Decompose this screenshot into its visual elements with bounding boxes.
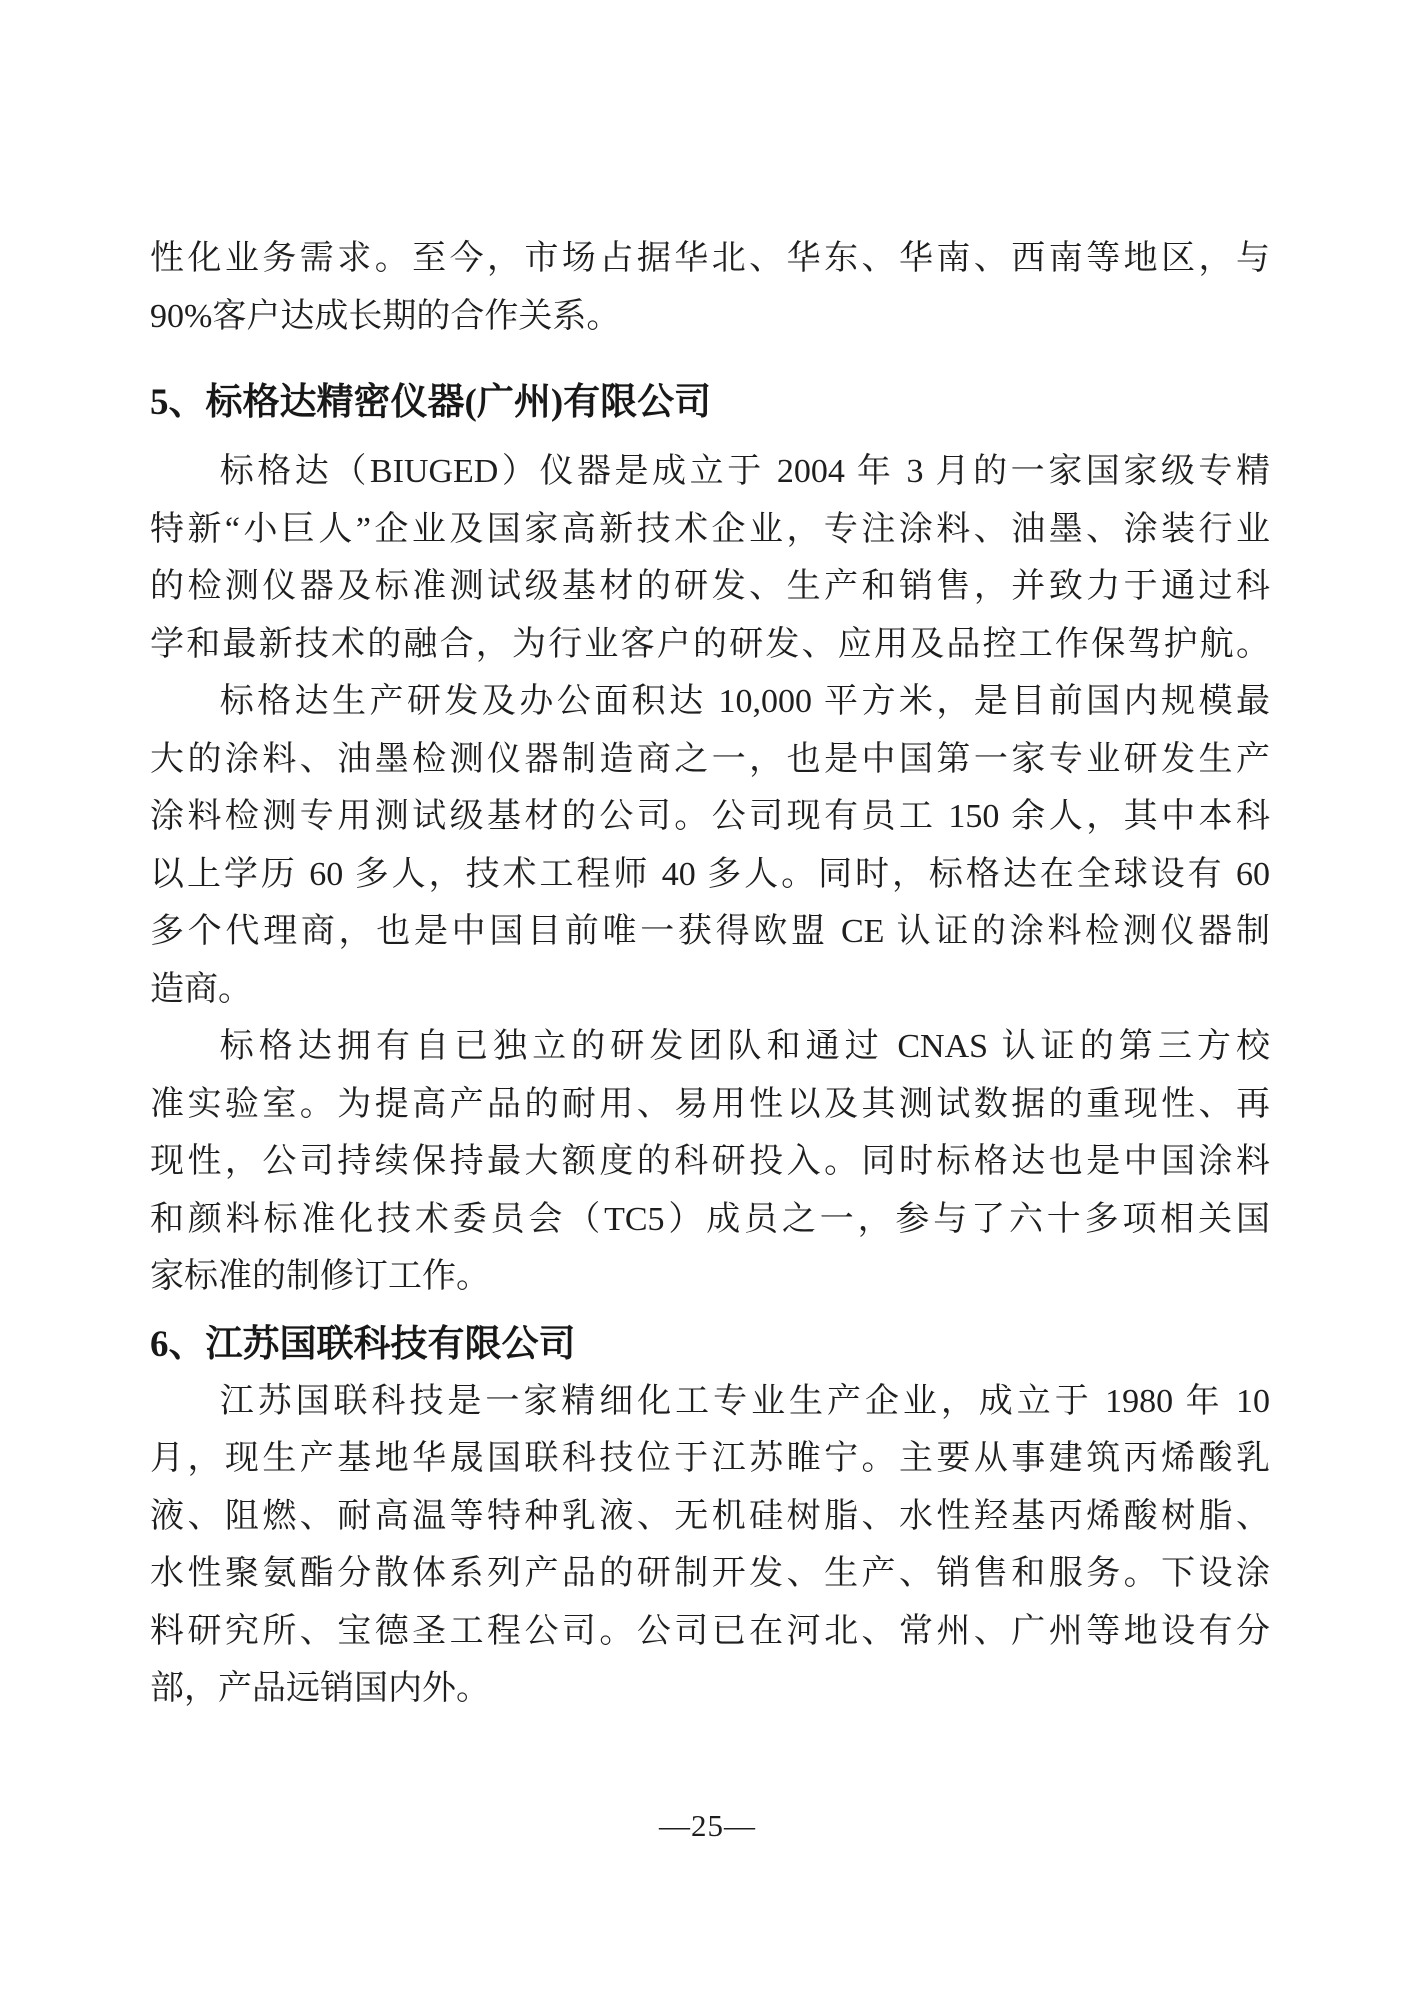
body-line: 部，产品远销国内外。 [150,1660,1270,1718]
body-line: 现性，公司持续保持最大额度的科研投入。同时标格达也是中国涂料 [150,1133,1270,1191]
body-line: 的检测仪器及标准测试级基材的研发、生产和销售，并致力于通过科 [150,558,1270,616]
body-line: 水性聚氨酯分散体系列产品的研制开发、生产、销售和服务。下设涂 [150,1545,1270,1603]
intro-paragraph: 性化业务需求。至今，市场占据华北、华东、华南、西南等地区，与 90%客户达成长期… [150,230,1270,345]
body-line: 多个代理商，也是中国目前唯一获得欧盟 CE 认证的涂料检测仪器制 [150,903,1270,961]
body-line: 标格达（BIUGED）仪器是成立于 2004 年 3 月的一家国家级专精 [150,443,1270,501]
section-5-paragraph-2: 标格达生产研发及办公面积达 10,000 平方米，是目前国内规模最 大的涂料、油… [150,673,1270,1018]
section-6-paragraph-1: 江苏国联科技是一家精细化工专业生产企业，成立于 1980 年 10 月，现生产基… [150,1373,1270,1718]
body-line: 特新“小巨人”企业及国家高新技术企业，专注涂料、油墨、涂装行业 [150,501,1270,559]
body-line: 家标准的制修订工作。 [150,1248,1270,1306]
body-line: 月，现生产基地华晟国联科技位于江苏睢宁。主要从事建筑丙烯酸乳 [150,1430,1270,1488]
document-page: 性化业务需求。至今，市场占据华北、华东、华南、西南等地区，与 90%客户达成长期… [0,0,1415,2000]
body-line: 90%客户达成长期的合作关系。 [150,288,1270,346]
body-line: 标格达拥有自已独立的研发团队和通过 CNAS 认证的第三方校 [150,1018,1270,1076]
page-number: —25— [0,1808,1415,1844]
body-line: 以上学历 60 多人，技术工程师 40 多人。同时，标格达在全球设有 60 [150,846,1270,904]
body-line: 和颜料标准化技术委员会（TC5）成员之一，参与了六十多项相关国 [150,1191,1270,1249]
body-line: 性化业务需求。至今，市场占据华北、华东、华南、西南等地区，与 [150,230,1270,288]
body-line: 学和最新技术的融合，为行业客户的研发、应用及品控工作保驾护航。 [150,616,1270,674]
body-line: 标格达生产研发及办公面积达 10,000 平方米，是目前国内规模最 [150,673,1270,731]
body-line: 液、阻燃、耐高温等特种乳液、无机硅树脂、水性羟基丙烯酸树脂、 [150,1488,1270,1546]
body-line: 大的涂料、油墨检测仪器制造商之一，也是中国第一家专业研发生产 [150,731,1270,789]
body-line: 造商。 [150,961,1270,1019]
body-line: 江苏国联科技是一家精细化工专业生产企业，成立于 1980 年 10 [150,1373,1270,1431]
section-5-paragraph-1: 标格达（BIUGED）仪器是成立于 2004 年 3 月的一家国家级专精 特新“… [150,443,1270,673]
body-line: 料研究所、宝德圣工程公司。公司已在河北、常州、广州等地设有分 [150,1603,1270,1661]
section-5-heading: 5、标格达精密仪器(广州)有限公司 [150,378,1270,428]
body-line: 准实验室。为提高产品的耐用、易用性以及其测试数据的重现性、再 [150,1076,1270,1134]
section-5-paragraph-3: 标格达拥有自已独立的研发团队和通过 CNAS 认证的第三方校 准实验室。为提高产… [150,1018,1270,1306]
document-content: 性化业务需求。至今，市场占据华北、华东、华南、西南等地区，与 90%客户达成长期… [150,230,1270,1718]
body-line: 涂料检测专用测试级基材的公司。公司现有员工 150 余人，其中本科 [150,788,1270,846]
section-6-heading: 6、江苏国联科技有限公司 [150,1320,1270,1370]
